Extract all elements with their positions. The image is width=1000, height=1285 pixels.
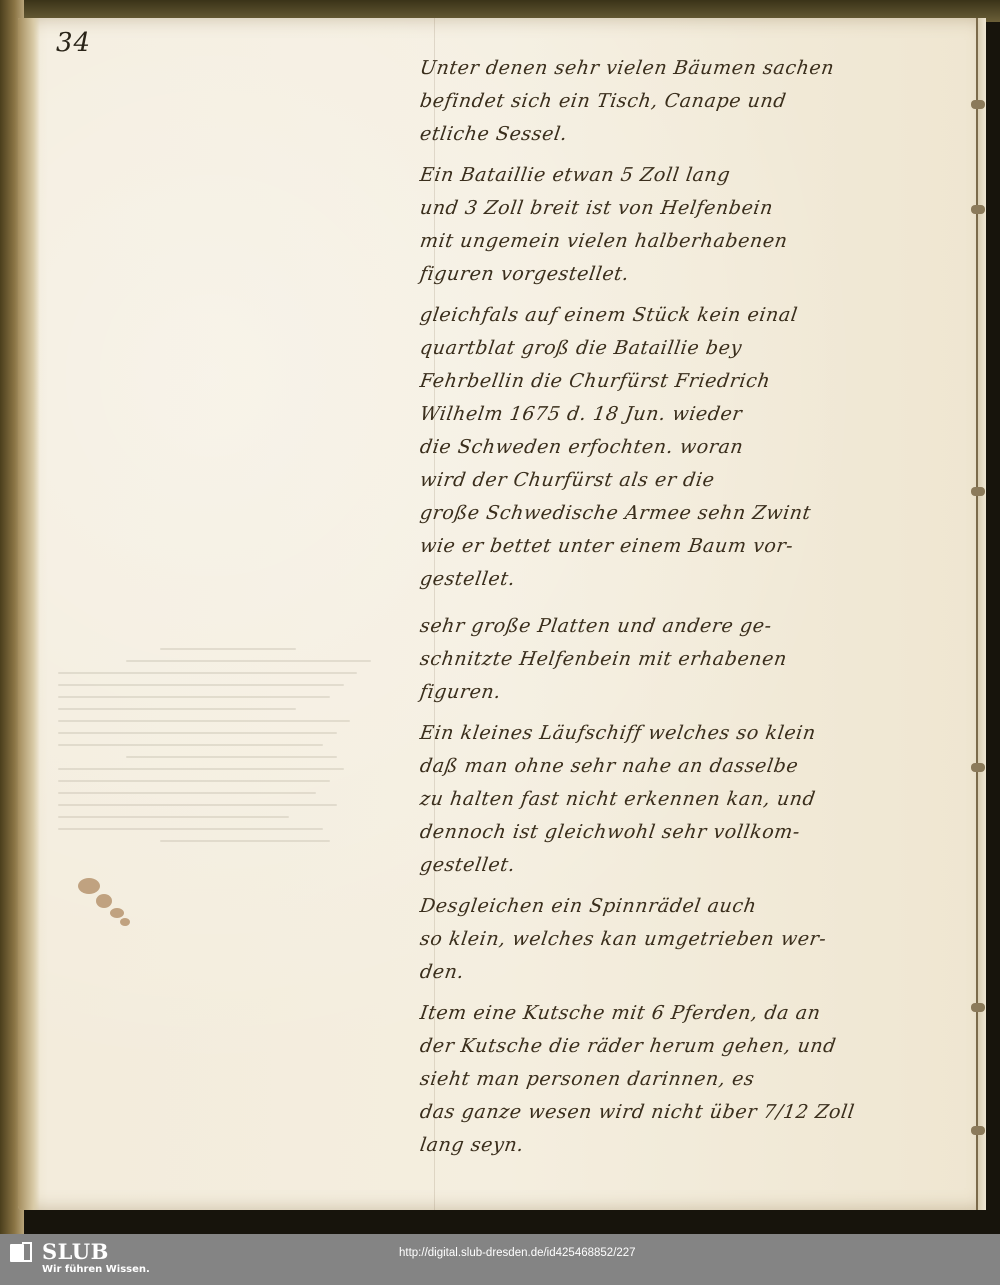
text-line: daß man ohne sehr nahe an dasselbe: [418, 750, 963, 783]
slub-tagline: Wir führen Wissen.: [42, 1264, 150, 1275]
text-line: gestellet.: [418, 849, 963, 882]
paragraph: Ein Bataillie etwan 5 Zoll lang und 3 Zo…: [420, 159, 960, 291]
binding-stitch-icon: [971, 1003, 985, 1012]
text-line: große Schwedische Armee sehn Zwint: [418, 497, 963, 530]
text-line: schnitzte Helfenbein mit erhabenen: [418, 643, 963, 676]
text-line: befindet sich ein Tisch, Canape und: [418, 85, 963, 118]
permalink-url[interactable]: http://digital.slub-dresden.de/id4254688…: [399, 1247, 636, 1259]
text-line: mit ungemein vielen halberhabenen: [418, 225, 963, 258]
text-line: dennoch ist gleichwohl sehr vollkom-: [418, 816, 963, 849]
bleed-through-text: [58, 638, 398, 1018]
text-line: quartblat groß die Bataillie bey: [418, 332, 963, 365]
text-line: Fehrbellin die Churfürst Friedrich: [418, 365, 963, 398]
text-line: sieht man personen darinnen, es: [418, 1063, 963, 1096]
text-line: gleichfals auf einem Stück kein einal: [418, 299, 963, 332]
paragraph: Item eine Kutsche mit 6 Pferden, da an d…: [420, 997, 960, 1162]
text-line: den.: [418, 956, 963, 989]
text-line: zu halten fast nicht erkennen kan, und: [418, 783, 963, 816]
paragraph: Desgleichen ein Spinnrädel auch so klein…: [420, 890, 960, 989]
text-line: so klein, welches kan umgetrieben wer-: [418, 923, 963, 956]
paper-stain: [96, 894, 112, 908]
text-line: figuren vorgestellet.: [418, 258, 963, 291]
text-line: wie er bettet unter einem Baum vor-: [418, 530, 963, 563]
text-line: und 3 Zoll breit ist von Helfenbein: [418, 192, 963, 225]
slub-book-logo-icon[interactable]: [10, 1242, 34, 1262]
text-line: das ganze wesen wird nicht über 7/12 Zol…: [418, 1096, 963, 1129]
handwritten-text: Unter denen sehr vielen Bäumen sachen be…: [420, 52, 960, 1170]
manuscript-scan: 34 Unter denen sehr vielen Bäumen sachen…: [0, 0, 1000, 1234]
paper-stain: [110, 908, 124, 918]
binding-stitch-icon: [971, 205, 985, 214]
binding-stitch-icon: [971, 100, 985, 109]
text-line: die Schweden erfochten. woran: [418, 431, 963, 464]
paragraph: Ein kleines Läufschiff welches so klein …: [420, 717, 960, 882]
binding-stitch-icon: [971, 1126, 985, 1135]
viewer-footer: SLUB Wir führen Wissen. http://digital.s…: [0, 1234, 1000, 1285]
text-line: Desgleichen ein Spinnrädel auch: [418, 890, 963, 923]
next-page-edge: [978, 18, 986, 1210]
text-line: wird der Churfürst als er die: [418, 464, 963, 497]
text-line: Wilhelm 1675 d. 18 Jun. wieder: [418, 398, 963, 431]
text-line: figuren.: [418, 676, 963, 709]
paper-stain: [78, 878, 100, 894]
text-line: Item eine Kutsche mit 6 Pferden, da an: [418, 997, 963, 1030]
binding-stitch-icon: [971, 763, 985, 772]
paragraph: Unter denen sehr vielen Bäumen sachen be…: [420, 52, 960, 151]
paragraph: gleichfals auf einem Stück kein einal qu…: [420, 299, 960, 596]
text-line: sehr große Platten und andere ge-: [418, 610, 963, 643]
text-line: Ein kleines Läufschiff welches so klein: [418, 717, 963, 750]
folio-number: 34: [56, 28, 91, 58]
paper-stain: [120, 918, 130, 926]
page-gutter-shadow: [18, 18, 40, 1210]
text-line: etliche Sessel.: [418, 118, 963, 151]
paragraph: sehr große Platten und andere ge- schnit…: [420, 610, 960, 709]
slub-logo-text[interactable]: SLUB: [42, 1239, 109, 1264]
text-line: gestellet.: [418, 563, 963, 596]
text-line: Unter denen sehr vielen Bäumen sachen: [418, 52, 963, 85]
binding-stitch-icon: [971, 487, 985, 496]
text-line: lang seyn.: [418, 1129, 963, 1162]
text-line: der Kutsche die räder herum gehen, und: [418, 1030, 963, 1063]
text-line: Ein Bataillie etwan 5 Zoll lang: [418, 159, 963, 192]
